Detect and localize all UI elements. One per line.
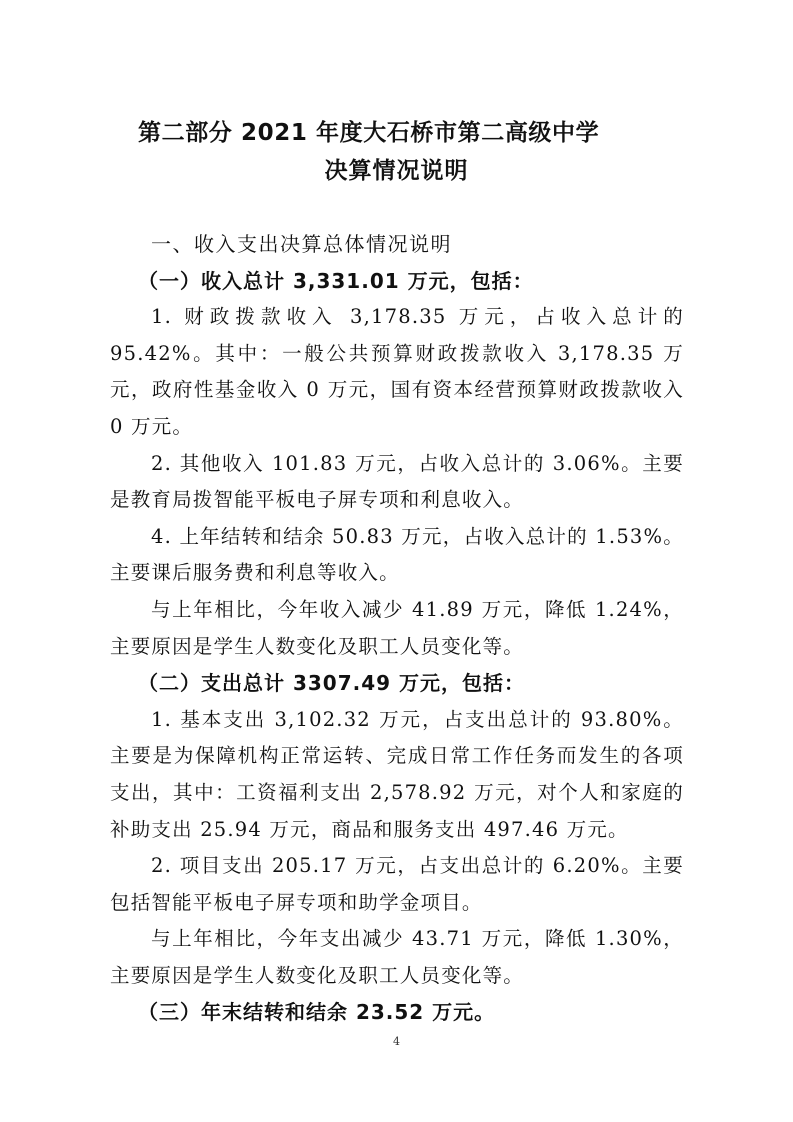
income-heading: （一）收入总计 3,331.01 万元，包括： (110, 263, 684, 300)
income-comparison-paragraph: 与上年相比，今年收入减少 41.89 万元，降低 1.24%，主要原因是学生人数… (110, 592, 684, 665)
expenditure-paragraph-2: 2. 项目支出 205.17 万元，占支出总计的 6.20%。主要包括智能平板电… (110, 848, 684, 921)
expenditure-heading: （二）支出总计 3307.49 万元，包括： (110, 665, 684, 702)
income-paragraph-3: 4. 上年结转和结余 50.83 万元，占收入总计的 1.53%。主要课后服务费… (110, 519, 684, 592)
document-body: 一、收入支出决算总体情况说明 （一）收入总计 3,331.01 万元，包括： 1… (110, 226, 684, 1031)
page-number: 4 (0, 1035, 793, 1048)
document-page: 第二部分 2021 年度大石桥市第二高级中学 决算情况说明 一、收入支出决算总体… (0, 0, 793, 1122)
income-paragraph-1: 1. 财政拨款收入 3,178.35 万元，占收入总计的 95.42%。其中：一… (110, 299, 684, 445)
expenditure-paragraph-1: 1. 基本支出 3,102.32 万元，占支出总计的 93.80%。主要是为保障… (110, 702, 684, 848)
expenditure-comparison-paragraph: 与上年相比，今年支出减少 43.71 万元，降低 1.30%，主要原因是学生人数… (110, 921, 684, 994)
section-heading: 一、收入支出决算总体情况说明 (110, 226, 684, 263)
income-paragraph-2: 2. 其他收入 101.83 万元，占收入总计的 3.06%。主要是教育局拨智能… (110, 446, 684, 519)
document-title-line2: 决算情况说明 (0, 156, 793, 186)
document-title-line1: 第二部分 2021 年度大石桥市第二高级中学 (138, 118, 711, 148)
carryover-heading: （三）年末结转和结余 23.52 万元。 (110, 994, 684, 1031)
